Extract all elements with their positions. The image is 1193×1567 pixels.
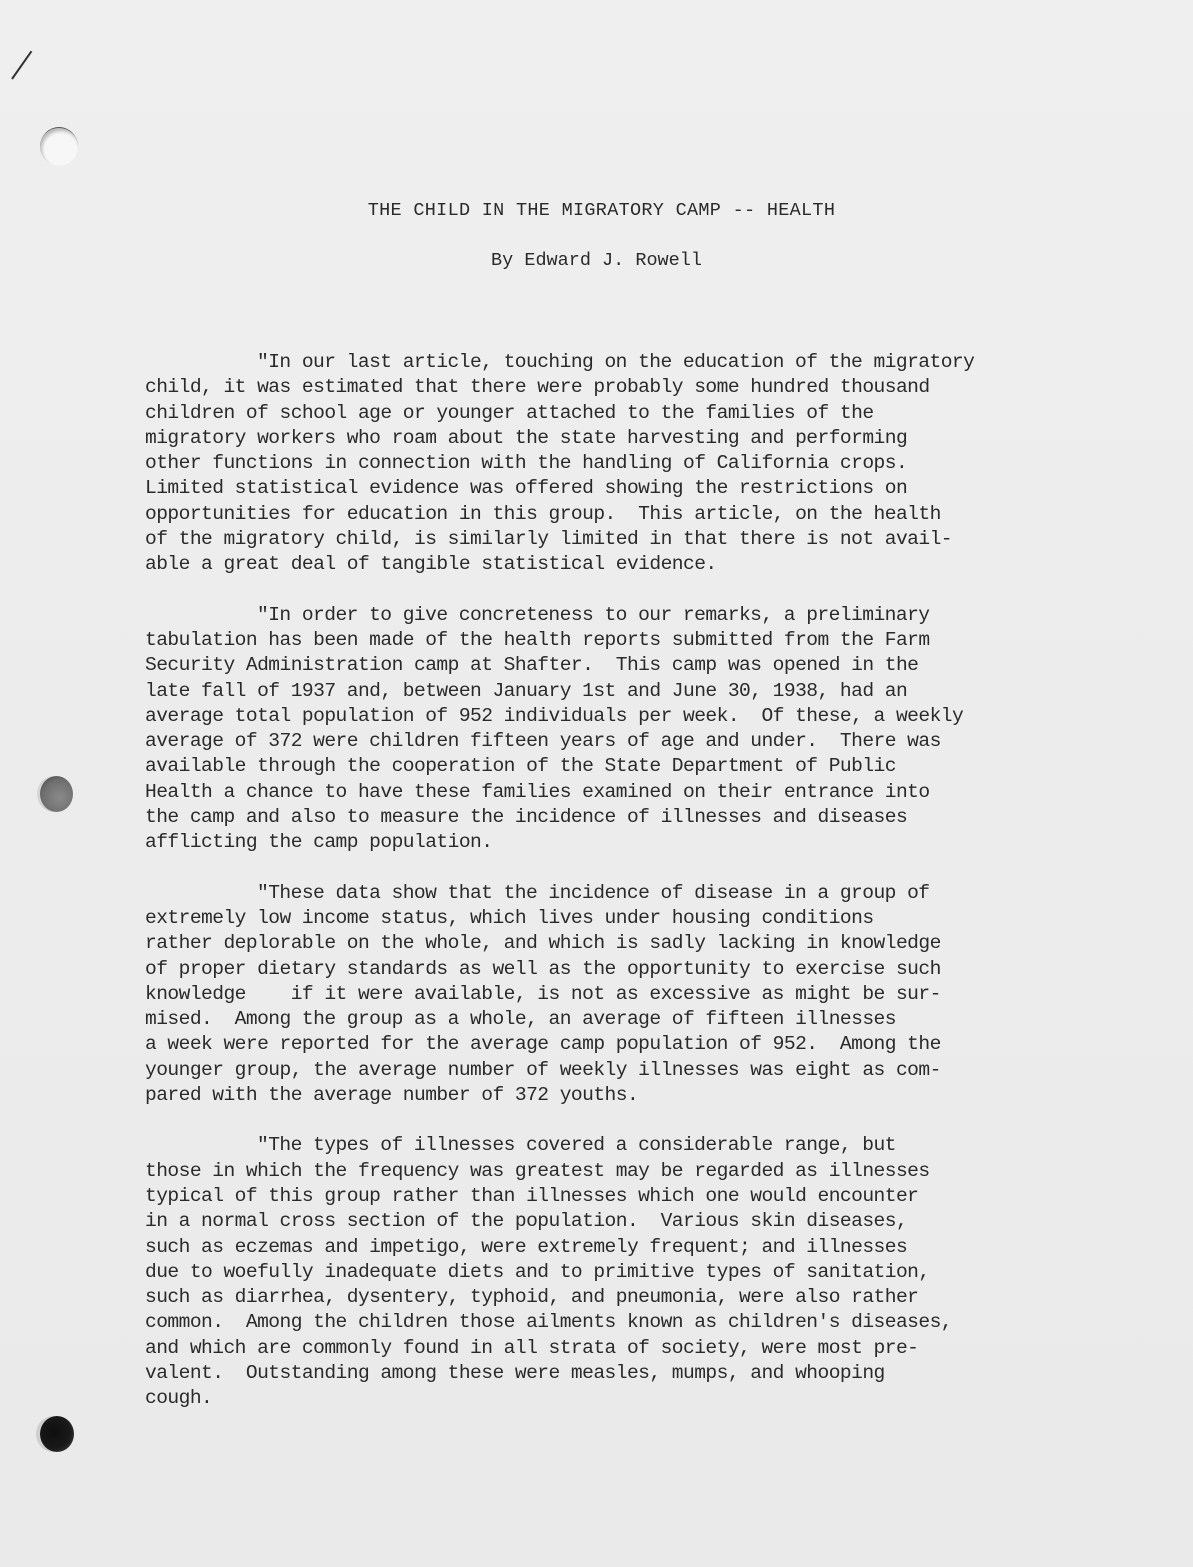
text-line: Security Administration camp at Shafter.… (145, 653, 1075, 678)
document-byline: By Edward J. Rowell (0, 250, 1193, 271)
text-line: afflicting the camp population. (145, 830, 1075, 855)
text-line: late fall of 1937 and, between January 1… (145, 679, 1075, 704)
text-line: and which are commonly found in all stra… (145, 1336, 1075, 1361)
text-line: those in which the frequency was greates… (145, 1159, 1075, 1184)
text-line: "In order to give concreteness to our re… (145, 603, 1075, 628)
text-line: common. Among the children those ailment… (145, 1310, 1075, 1335)
text-line: Limited statistical evidence was offered… (145, 476, 1075, 501)
text-line: of proper dietary standards as well as t… (145, 957, 1075, 982)
text-line: in a normal cross section of the populat… (145, 1209, 1075, 1234)
paragraph-3: "These data show that the incidence of d… (145, 881, 1075, 1109)
text-line: knowledge if it were available, is not a… (145, 982, 1075, 1007)
paragraph-2: "In order to give concreteness to our re… (145, 603, 1075, 856)
text-line: of the migratory child, is similarly lim… (145, 527, 1075, 552)
text-line: "The types of illnesses covered a consid… (145, 1133, 1075, 1158)
document-page: THE CHILD IN THE MIGRATORY CAMP -- HEALT… (0, 0, 1193, 1567)
text-line: cough. (145, 1386, 1075, 1411)
text-line: a week were reported for the average cam… (145, 1032, 1075, 1057)
text-line: average total population of 952 individu… (145, 704, 1075, 729)
pencil-mark (11, 51, 32, 80)
text-line: tabulation has been made of the health r… (145, 628, 1075, 653)
paragraph-1: "In our last article, touching on the ed… (145, 350, 1075, 578)
text-line: children of school age or younger attach… (145, 401, 1075, 426)
paragraph-4: "The types of illnesses covered a consid… (145, 1133, 1075, 1411)
text-line: valent. Outstanding among these were mea… (145, 1361, 1075, 1386)
punch-hole-middle (40, 776, 73, 812)
document-title: THE CHILD IN THE MIGRATORY CAMP -- HEALT… (0, 200, 1193, 221)
text-line: "In our last article, touching on the ed… (145, 350, 1075, 375)
text-line: pared with the average number of 372 you… (145, 1083, 1075, 1108)
punch-hole-bottom (40, 1416, 74, 1452)
text-line: extremely low income status, which lives… (145, 906, 1075, 931)
punch-hole-top (40, 127, 78, 166)
text-line: average of 372 were children fifteen yea… (145, 729, 1075, 754)
document-body: "In our last article, touching on the ed… (145, 350, 1075, 1437)
text-line: mised. Among the group as a whole, an av… (145, 1007, 1075, 1032)
text-line: rather deplorable on the whole, and whic… (145, 931, 1075, 956)
text-line: able a great deal of tangible statistica… (145, 552, 1075, 577)
text-line: child, it was estimated that there were … (145, 375, 1075, 400)
text-line: other functions in connection with the h… (145, 451, 1075, 476)
text-line: typical of this group rather than illnes… (145, 1184, 1075, 1209)
text-line: opportunities for education in this grou… (145, 502, 1075, 527)
text-line: younger group, the average number of wee… (145, 1058, 1075, 1083)
text-line: "These data show that the incidence of d… (145, 881, 1075, 906)
text-line: migratory workers who roam about the sta… (145, 426, 1075, 451)
text-line: available through the cooperation of the… (145, 754, 1075, 779)
text-line: the camp and also to measure the inciden… (145, 805, 1075, 830)
text-line: due to woefully inadequate diets and to … (145, 1260, 1075, 1285)
text-line: Health a chance to have these families e… (145, 780, 1075, 805)
text-line: such as diarrhea, dysentery, typhoid, an… (145, 1285, 1075, 1310)
text-line: such as eczemas and impetigo, were extre… (145, 1235, 1075, 1260)
